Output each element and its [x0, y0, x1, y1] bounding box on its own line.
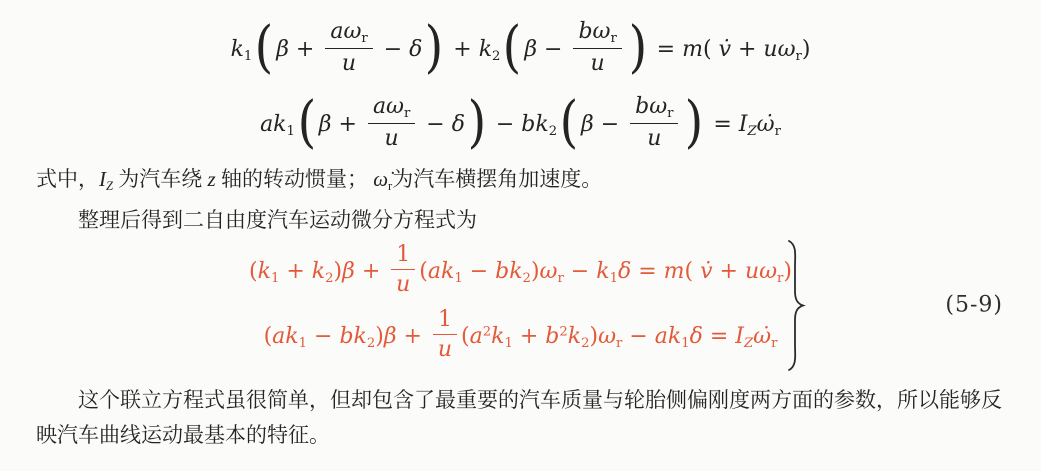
equation-system-rows: (k1 + k2)β + 1u(ak1 − bk2)ωr − k1δ = m( … [36, 239, 1005, 369]
math-token: u [591, 51, 605, 76]
math-token: 2 [559, 324, 567, 339]
equation-red-first: (k1 + k2)β + 1u(ak1 − bk2)ωr − k1δ = m( … [36, 239, 1005, 304]
fraction: 1u [391, 242, 415, 298]
math-token: ( [298, 94, 317, 151]
math-token: ( [255, 19, 274, 76]
math-token: ω̇ [757, 112, 775, 137]
math-token: = [703, 324, 735, 349]
fraction: bωru [630, 94, 678, 152]
math-token: r [667, 106, 673, 121]
equation-red-second: (ak1 − bk2)β + 1u(a2k1 + b2k2)ωr − ak1δ … [36, 304, 1005, 369]
math-token: 2 [325, 271, 333, 286]
math-token: bk [339, 324, 366, 349]
math-token: k [258, 259, 271, 284]
math-token: uω [745, 259, 777, 284]
equation-system-5-9: (k1 + k2)β + 1u(ak1 − bk2)ωr − k1δ = m( … [36, 239, 1005, 371]
math-token: − [463, 259, 495, 284]
math-token: 1 [299, 336, 307, 351]
math-token: δ [618, 259, 631, 284]
math-token: = [650, 37, 682, 62]
math-token: 1 [681, 336, 689, 351]
math-token: r [361, 31, 367, 46]
math-token: δ [409, 37, 422, 62]
math-token: m [682, 37, 703, 62]
math-token: = [706, 112, 738, 137]
math-token: ) [531, 259, 540, 284]
math-token: − [564, 259, 596, 284]
math-token: uω [763, 37, 795, 62]
math-token: bk [521, 112, 548, 137]
math-token: k [596, 259, 609, 284]
math-token: + [713, 259, 745, 284]
math-token: ak [260, 112, 286, 137]
math-token: ( [264, 324, 273, 349]
math-token: ( [503, 19, 522, 76]
math-token: + [513, 324, 545, 349]
equation-number: (5-9) [945, 293, 1003, 318]
where-clause: 式中，IZ 为汽车绕 z 轴的转动惯量； ω̇r为汽车横摆角加速度。 [36, 162, 1005, 203]
math-token: ω [540, 259, 558, 284]
math-token: 轴的转动惯量； [216, 167, 374, 191]
math-token: u [385, 126, 399, 151]
math-token: δ [690, 324, 703, 349]
math-token: k [568, 324, 581, 349]
math-token: k [312, 259, 325, 284]
math-token: ak [428, 259, 454, 284]
math-token: Z [106, 179, 113, 193]
equation-yaw-moment: ak1(β + aωru − δ) − bk2(β − bωru) = IZω̇… [36, 87, 1005, 162]
math-token: I [739, 112, 748, 137]
math-token: ) [628, 19, 647, 76]
math-token: u [647, 126, 661, 151]
math-token: r [610, 31, 616, 46]
conclusion-paragraph: 这个联立方程式虽很简单，但却包含了最重要的汽车质量与轮胎侧偏刚度两方面的参数，所… [36, 383, 1005, 453]
math-token: β [342, 259, 355, 284]
math-token: 为汽车横摆角加速度。 [392, 167, 602, 191]
math-token: ( [703, 37, 719, 62]
math-token: aω [330, 19, 361, 44]
math-token: I [735, 324, 744, 349]
math-token: − [537, 37, 569, 62]
math-token: bω [578, 19, 610, 44]
math-token: aω [373, 94, 404, 119]
math-token: ) [425, 19, 444, 76]
math-token: ) [334, 259, 343, 284]
math-token: 1 [610, 271, 618, 286]
math-token: 2 [483, 324, 491, 339]
math-token: ( [461, 324, 470, 349]
math-token: bω [635, 94, 667, 119]
math-token: Z [748, 124, 757, 139]
math-token: u [438, 337, 452, 362]
math-token: u [342, 51, 356, 76]
math-token: 1 [244, 49, 252, 64]
math-token: + [397, 324, 429, 349]
math-token: 1 [396, 242, 410, 267]
intro-line: 整理后得到二自由度汽车运动微分方程式为 [36, 203, 1005, 237]
math-token: ) [589, 324, 598, 349]
equation-content: k1(β + aωru − δ) + k2(β − bωru) = m( v̇ … [231, 21, 811, 79]
fraction: aωru [325, 19, 372, 77]
math-token: ) [685, 94, 704, 151]
math-token: ) [468, 94, 487, 151]
math-token: − [307, 324, 339, 349]
math-token: z [208, 167, 216, 191]
math-token: 2 [367, 336, 375, 351]
equation-content: (k1 + k2)β + 1u(ak1 − bk2)ωr − k1δ = m( … [249, 244, 792, 300]
math-token: u [396, 272, 410, 297]
math-token: 2 [492, 49, 500, 64]
math-token: r [775, 124, 781, 139]
math-token: − [489, 112, 521, 137]
math-token: − [594, 112, 626, 137]
math-token: 2 [523, 271, 531, 286]
math-token: 1 [438, 307, 452, 332]
math-token: = [631, 259, 663, 284]
math-token: + [446, 37, 478, 62]
math-token: 2 [549, 124, 557, 139]
where-clause-content: 式中，IZ 为汽车绕 z 轴的转动惯量； ω̇r为汽车横摆角加速度。 [36, 167, 602, 191]
math-token: ω̇ [753, 324, 771, 349]
math-token: r [404, 106, 410, 121]
math-token: Z [744, 336, 753, 351]
math-token: β [524, 37, 537, 62]
math-token: v̇ [719, 37, 731, 62]
math-token: k [231, 37, 244, 62]
math-token: + [355, 259, 387, 284]
math-token: ) [375, 324, 384, 349]
fraction: aωru [368, 94, 415, 152]
math-token: b [545, 324, 559, 349]
book-page: k1(β + aωru − δ) + k2(β − bωru) = m( v̇ … [0, 0, 1041, 471]
math-token: 式中， [36, 167, 99, 191]
math-token: − [419, 112, 451, 137]
math-token: 为汽车绕 [113, 167, 208, 191]
math-token: − [377, 37, 409, 62]
math-token: ω̇ [373, 167, 388, 191]
math-token: β [276, 37, 289, 62]
math-token: bk [495, 259, 522, 284]
math-token: β [581, 112, 594, 137]
math-token: ( [419, 259, 428, 284]
math-token: δ [452, 112, 465, 137]
math-token: + [279, 259, 311, 284]
math-token: k [479, 37, 492, 62]
math-token: + [289, 37, 321, 62]
math-token: v̇ [700, 259, 712, 284]
fraction: 1u [433, 307, 457, 363]
math-token: r [771, 336, 777, 351]
math-token: 1 [504, 336, 512, 351]
math-token: + [731, 37, 763, 62]
math-token: ( [249, 259, 258, 284]
math-token: ak [272, 324, 298, 349]
equation-lateral-force: k1(β + aωru − δ) + k2(β − bωru) = m( v̇ … [36, 12, 1005, 87]
math-token: k [491, 324, 504, 349]
fraction: bωru [573, 19, 621, 77]
math-token: β [319, 112, 332, 137]
math-token: ( [560, 94, 579, 151]
math-token: a [470, 324, 483, 349]
math-token: + [332, 112, 364, 137]
math-token: β [384, 324, 397, 349]
math-token: 1 [454, 271, 462, 286]
math-token: I [99, 167, 106, 191]
math-token: ω [598, 324, 616, 349]
math-token: ) [802, 37, 811, 62]
math-token: m [664, 259, 685, 284]
math-token: − [622, 324, 654, 349]
equation-content: ak1(β + aωru − δ) − bk2(β − bωru) = IZω̇… [260, 96, 781, 154]
math-token: 1 [287, 124, 295, 139]
math-token: ( [685, 259, 701, 284]
closing-brace-icon [788, 240, 810, 371]
equation-content: (ak1 − bk2)β + 1u(a2k1 + b2k2)ωr − ak1δ … [264, 309, 778, 365]
math-token: ak [655, 324, 681, 349]
